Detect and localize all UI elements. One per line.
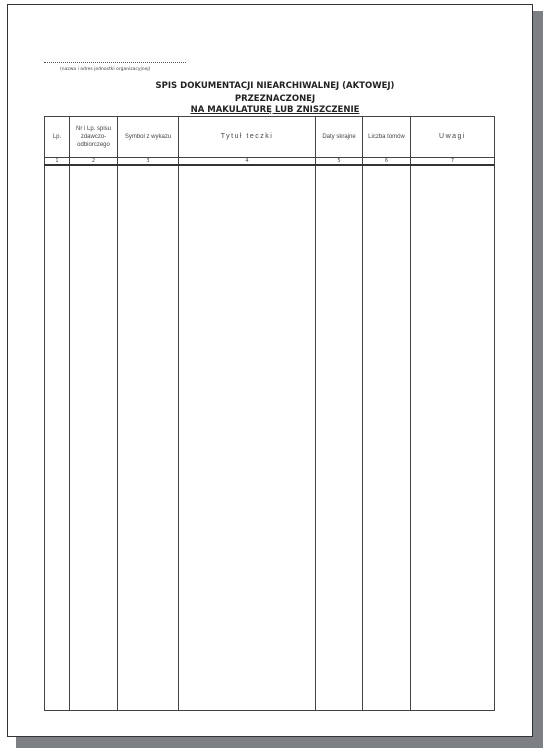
column-header-tytul: Tytuł teczki xyxy=(179,117,316,158)
document-title-line1: SPIS DOKUMENTACJI NIEARCHIWALNEJ (AKTOWE… xyxy=(0,81,550,91)
table-cell xyxy=(45,165,70,711)
column-number: 2 xyxy=(70,158,118,166)
table-cell xyxy=(411,165,495,711)
column-number: 3 xyxy=(118,158,179,166)
org-name-dotted-line xyxy=(44,62,186,63)
column-header-lp: Lp. xyxy=(45,117,70,158)
table-cell xyxy=(316,165,363,711)
table-cell xyxy=(179,165,316,711)
column-number-row: 1 2 3 4 5 6 7 xyxy=(45,158,495,166)
document-list-table: Lp. Nr i Lp. spisu zdawczo-odbiorczego S… xyxy=(44,116,495,711)
column-number: 7 xyxy=(411,158,495,166)
document-title-line3: NA MAKULATURĘ LUB ZNISZCZENIE xyxy=(0,105,550,115)
column-header-nr-spisu: Nr i Lp. spisu zdawczo-odbiorczego xyxy=(70,117,118,158)
column-header-symbol: Symbol z wykazu xyxy=(118,117,179,158)
table-header-row: Lp. Nr i Lp. spisu zdawczo-odbiorczego S… xyxy=(45,117,495,158)
column-number: 1 xyxy=(45,158,70,166)
table-body-row xyxy=(45,165,495,711)
table-cell xyxy=(70,165,118,711)
column-number: 4 xyxy=(179,158,316,166)
document-title-line2: PRZEZNACZONEJ xyxy=(0,94,550,104)
table-cell xyxy=(363,165,411,711)
column-header-uwagi: Uwagi xyxy=(411,117,495,158)
column-header-daty: Daty skrajne xyxy=(316,117,363,158)
column-number: 5 xyxy=(316,158,363,166)
org-caption: (nazwa i adres jednostki organizacyjnej) xyxy=(60,67,150,72)
column-header-liczba: Liczba tomów xyxy=(363,117,411,158)
table-cell xyxy=(118,165,179,711)
column-number: 6 xyxy=(363,158,411,166)
